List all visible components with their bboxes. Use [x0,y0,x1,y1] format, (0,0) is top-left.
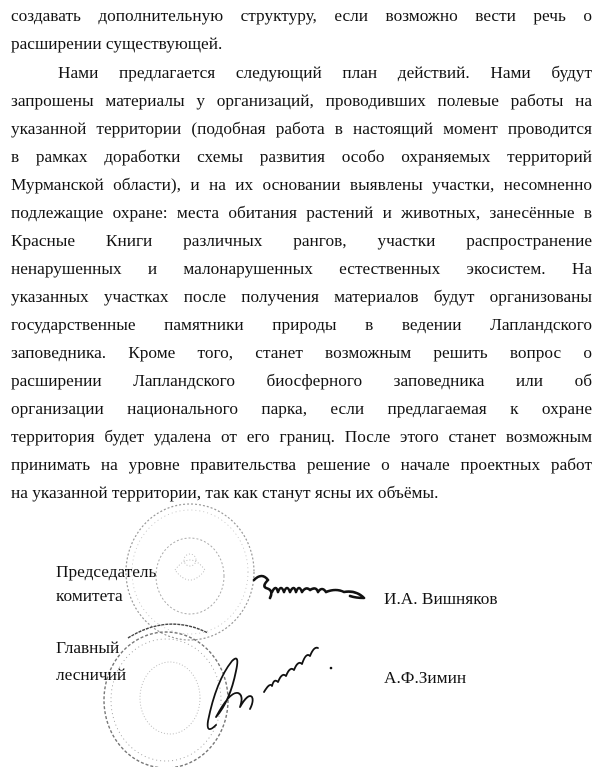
paragraph-line: ненарушенных и малонарушенных естественн… [11,259,592,279]
paragraph-line: на указанной территории, так как станут … [11,483,592,503]
forester-handwritten-signature [168,640,338,740]
paragraph-line: в рамках доработки схемы развития особо … [11,147,592,167]
chairman-name: И.А. Вишняков [384,589,498,609]
chairman-handwritten-signature [250,570,385,604]
chairman-title-line1: Председатель [56,562,156,582]
chairman-title-line2: комитета [56,586,123,606]
paragraph-line: организации национального парка, если пр… [11,399,592,419]
forester-title-line1: Главный [56,638,119,658]
paragraph-line: создавать дополнительную структуру, если… [11,6,592,26]
paragraph-line: государственные памятники природы в веде… [11,315,592,335]
forester-title-line2: лесничий [56,665,126,685]
paragraph-line: заповедника. Кроме того, станет возможны… [11,343,592,363]
paragraph-line: указанных участках после получения матер… [11,287,592,307]
paragraph-line: запрошены материалы у организаций, прово… [11,91,592,111]
paragraph-line: Нами предлагается следующий план действи… [58,63,592,83]
paragraph-line: территория будет удалена от его границ. … [11,427,592,447]
paragraph-line: Красные Книги различных рангов, участки … [11,231,592,251]
paragraph-line: Мурманской области), и на их основании в… [11,175,592,195]
document-page: создавать дополнительную структуру, если… [0,0,604,767]
paragraph-line: принимать на уровне правительства решени… [11,455,592,475]
forester-name: А.Ф.Зимин [384,668,466,688]
paragraph-line: расширении существующей. [11,34,592,54]
paragraph-line: подлежащие охране: места обитания растен… [11,203,592,223]
paragraph-line: указанной территории (подобная работа в … [11,119,592,139]
paragraph-line: расширении Лапландского биосферного запо… [11,371,592,391]
